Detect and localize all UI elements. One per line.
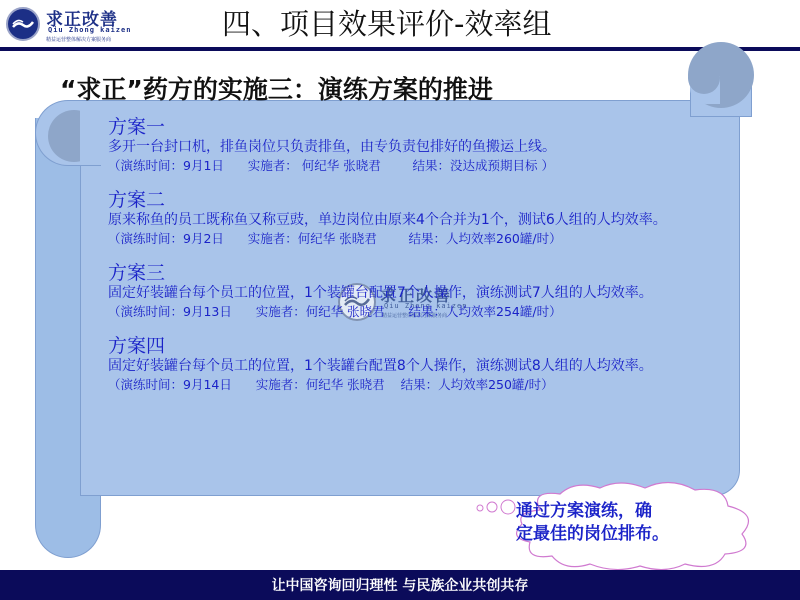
plan-title: 方案一 [108, 116, 728, 138]
plan-description: 多开一台封口机，排鱼岗位只负责排鱼，由专负责包排好的鱼搬运上线。 [108, 138, 728, 157]
plan-item: 方案二 原来称鱼的员工既称鱼又称豆豉，单边岗位由原来4个合并为1个，测试6人组的… [108, 189, 728, 248]
logo-emblem-icon [6, 7, 40, 41]
callout-line-1: 通过方案演练，确 [516, 500, 706, 523]
plan-item: 方案一 多开一台封口机，排鱼岗位只负责排鱼，由专负责包排好的鱼搬运上线。 （演练… [108, 116, 728, 175]
plan-item: 方案四 固定好装罐台每个员工的位置，1个装罐台配置8个人操作，演练测试8人组的人… [108, 335, 728, 394]
plan-description: 原来称鱼的员工既称鱼又称豆豉，单边岗位由原来4个合并为1个，测试6人组的人均效率… [108, 211, 728, 230]
plan-meta: （演练时间：9月13日 实施者：何纪华 张晓君 结果：人均效率254罐/时） [108, 303, 728, 321]
scroll-right-roll [688, 42, 754, 112]
logo-tagline: 精益运营整体解决方案服务商 [46, 36, 111, 43]
plan-title: 方案四 [108, 335, 728, 357]
plan-item: 方案三 固定好装罐台每个员工的位置，1个装罐台配置7个人操作，演练测试7人组的人… [108, 262, 728, 321]
header-divider [0, 47, 800, 51]
callout-line-2: 定最佳的岗位排布。 [516, 523, 706, 546]
plan-description: 固定好装罐台每个员工的位置，1个装罐台配置7个人操作，演练测试7人组的人均效率。 [108, 284, 728, 303]
plan-list: 方案一 多开一台封口机，排鱼岗位只负责排鱼，由专负责包排好的鱼搬运上线。 （演练… [108, 116, 728, 405]
scroll-right-inner-curl [688, 62, 720, 94]
plan-title: 方案三 [108, 262, 728, 284]
plan-meta: （演练时间：9月14日 实施者：何纪华 张晓君 结果：人均效率250罐/时） [108, 376, 728, 394]
section-subtitle: “求正”药方的实施三：演练方案的推进 [60, 70, 493, 106]
plan-description: 固定好装罐台每个员工的位置，1个装罐台配置8个人操作，演练测试8人组的人均效率。 [108, 357, 728, 376]
logo-name-en: Qiu Zhong kaizen [48, 26, 131, 34]
callout-text: 通过方案演练，确 定最佳的岗位排布。 [516, 500, 706, 546]
plan-meta: （演练时间：9月1日 实施者： 何纪华 张晓君 结果：没达成预期目标 ） [108, 157, 728, 175]
company-logo: 求正改善 Qiu Zhong kaizen 精益运营整体解决方案服务商 [6, 4, 116, 44]
footer-slogan: 让中国咨询回归理性 与民族企业共创共存 [0, 575, 800, 595]
page-title: 四、项目效果评价-效率组 [222, 2, 551, 43]
scroll-left-curl-mask [80, 110, 100, 162]
plan-meta: （演练时间：9月2日 实施者：何纪华 张晓君 结果：人均效率260罐/时） [108, 230, 728, 248]
plan-title: 方案二 [108, 189, 728, 211]
